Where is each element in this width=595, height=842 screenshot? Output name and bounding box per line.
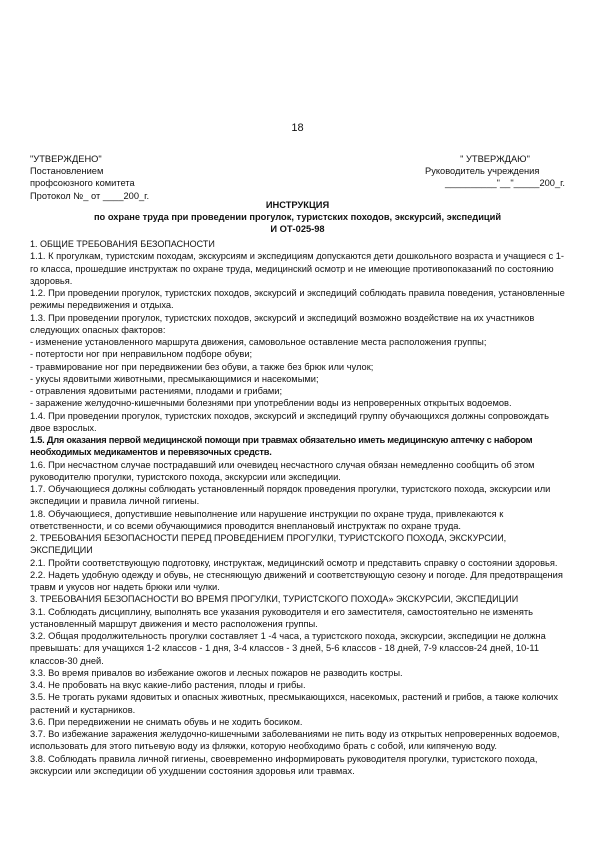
paragraph: 3.1. Соблюдать дисциплину, выполнять все… [30,606,570,631]
approval-right-line: Руководитель учреждения [425,165,565,177]
paragraph: 1.1. К прогулкам, туристским походам, эк… [30,250,570,287]
page-number: 18 [0,122,595,134]
paragraph: 1.3. При проведении прогулок, туристских… [30,312,570,337]
paragraph: 3.7. Во избежание заражения желудочно-ки… [30,728,570,753]
paragraph: 1.7. Обучающиеся должны соблюдать устано… [30,483,570,508]
approval-left-line: Постановлением [30,165,149,177]
section-heading: 2. ТРЕБОВАНИЯ БЕЗОПАСНОСТИ ПЕРЕД ПРОВЕДЕ… [30,532,570,557]
paragraph: 3.6. При передвижении не снимать обувь и… [30,716,570,728]
document-code: И ОТ-025-98 [0,223,595,235]
paragraph: 3.4. Не пробовать на вкус какие-либо рас… [30,679,570,691]
document-subtitle: по охране труда при проведении прогулок,… [0,211,595,223]
paragraph: 3.2. Общая продолжительность прогулки со… [30,630,570,667]
paragraph: 1.2. При проведении прогулок, туристских… [30,287,570,312]
approval-stamp-left: "УТВЕРЖДЕНО" [30,153,149,165]
paragraph: - укусы ядовитыми животными, пресмыкающи… [30,373,570,385]
document-body: 1. ОБЩИЕ ТРЕБОВАНИЯ БЕЗОПАСНОСТИ1.1. К п… [30,238,570,777]
paragraph: 3.5. Не трогать руками ядовитых и опасны… [30,691,570,716]
paragraph: 3.3. Во время привалов во избежание ожог… [30,667,570,679]
document-page: 18 "УТВЕРЖДЕНО" Постановлением профсоюзн… [0,0,595,842]
paragraph: - отравления ядовитыми растениями, плода… [30,385,570,397]
paragraph: - изменение установленного маршрута движ… [30,336,570,348]
paragraph: 1.8. Обучающиеся, допустившие невыполнен… [30,508,570,533]
approval-left-line: профсоюзного комитета [30,177,149,189]
paragraph: 1.5. Для оказания первой медицинской пом… [30,434,570,459]
approval-stamp-right: " УТВЕРЖДАЮ" [425,153,565,165]
document-title: ИНСТРУКЦИЯ [0,199,595,211]
document-title-block: ИНСТРУКЦИЯ по охране труда при проведени… [0,199,595,236]
section-heading: 1. ОБЩИЕ ТРЕБОВАНИЯ БЕЗОПАСНОСТИ [30,238,570,250]
paragraph: - травмирование ног при передвижении без… [30,361,570,373]
paragraph: 2.2. Надеть удобную одежду и обувь, не с… [30,569,570,594]
paragraph: 1.6. При несчастном случае пострадавший … [30,459,570,484]
paragraph: 1.4. При проведении прогулок, туристских… [30,410,570,435]
paragraph: - заражение желудочно-кишечными болезням… [30,397,570,409]
section-heading: 3. ТРЕБОВАНИЯ БЕЗОПАСНОСТИ ВО ВРЕМЯ ПРОГ… [30,593,570,605]
approval-right-line: __________"__"_____200_г. [425,177,565,189]
paragraph: - потертости ног при неправильном подбор… [30,348,570,360]
paragraph: 3.8. Соблюдать правила личной гигиены, с… [30,753,570,778]
approval-block-left: "УТВЕРЖДЕНО" Постановлением профсоюзного… [30,153,149,202]
paragraph: 2.1. Пройти соответствующую подготовку, … [30,557,570,569]
approval-block-right: " УТВЕРЖДАЮ" Руководитель учреждения ___… [425,153,565,190]
